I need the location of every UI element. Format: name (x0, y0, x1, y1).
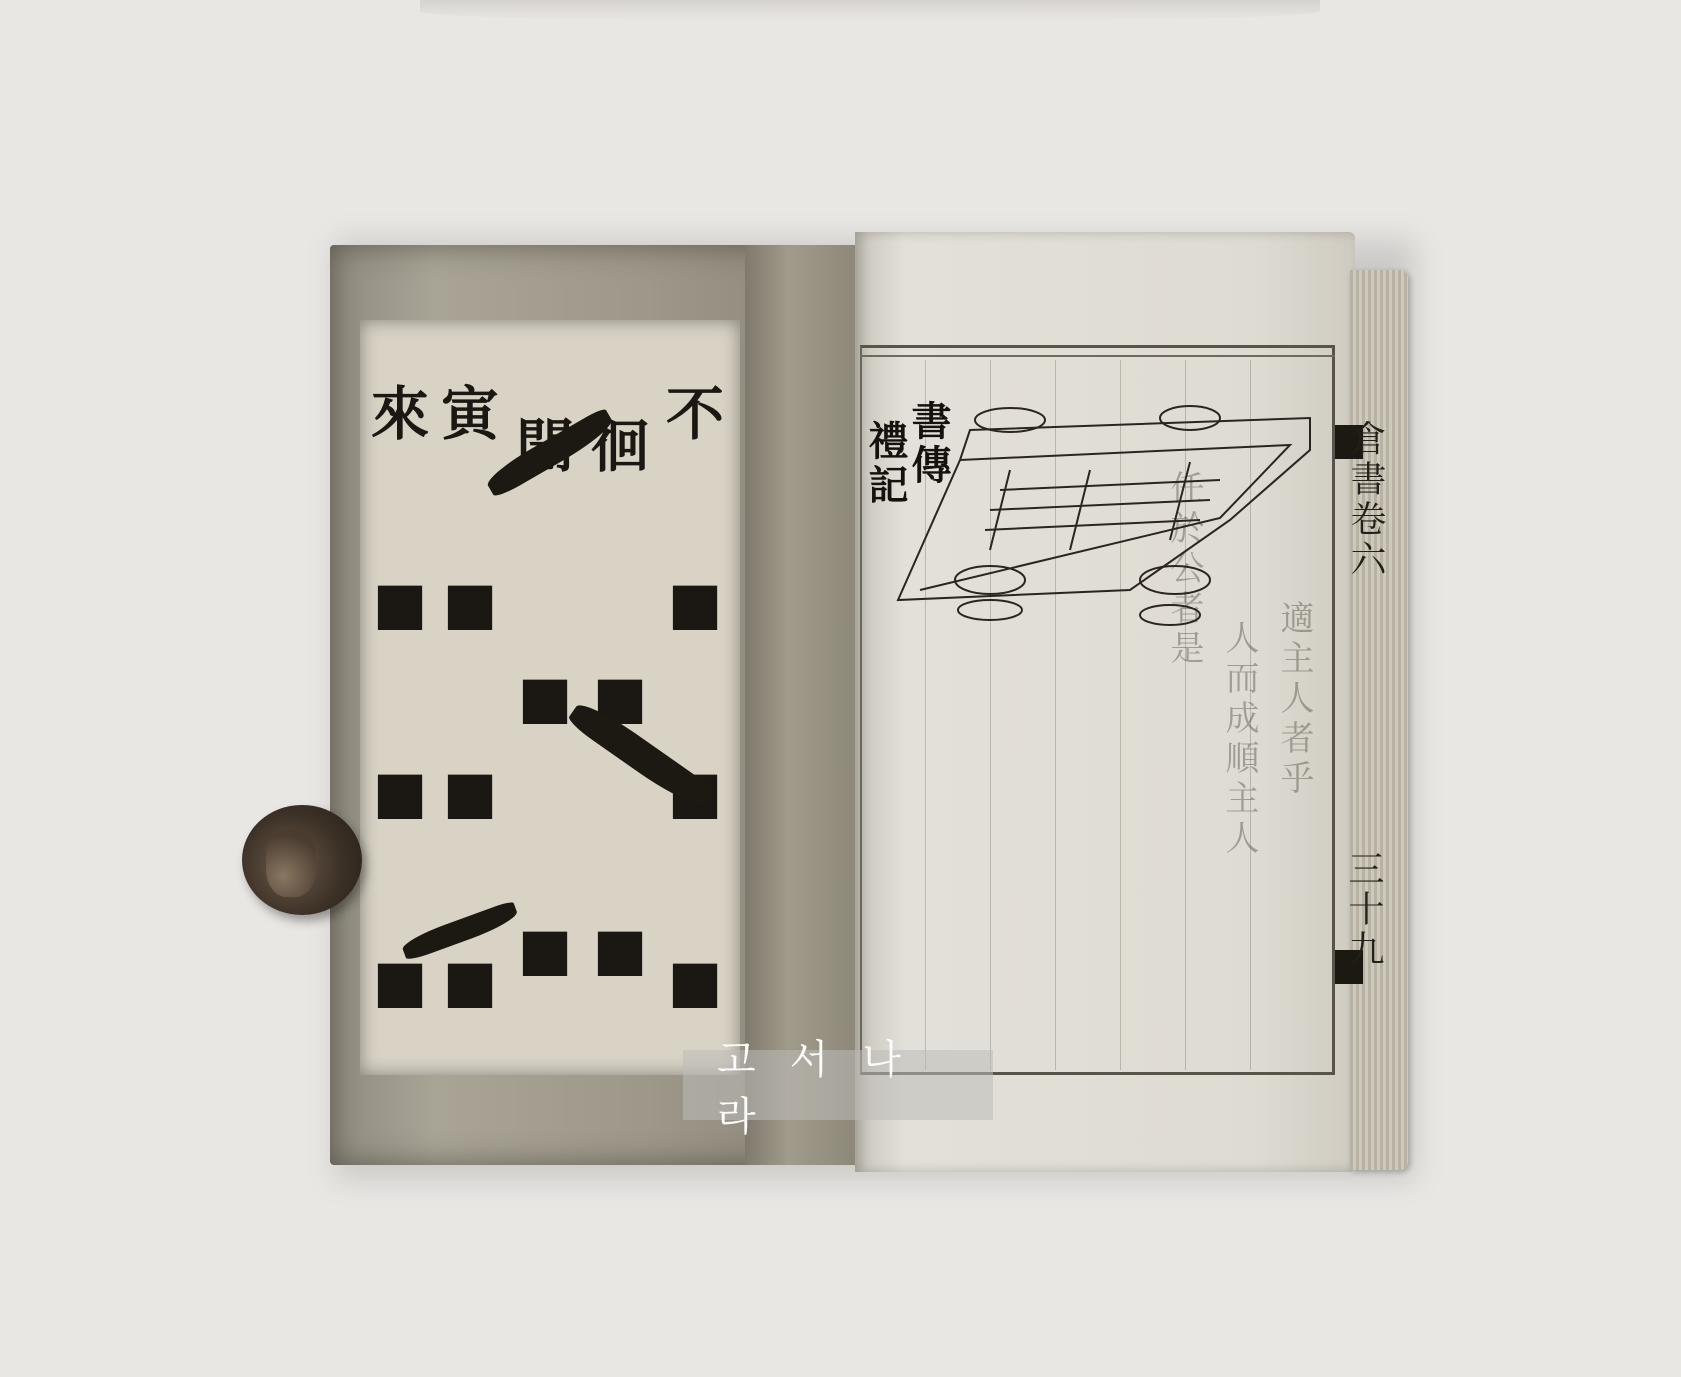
calligraphy-column: 寅■■■ (440, 320, 500, 1075)
background-shadow (420, 0, 1320, 22)
frame-line (860, 355, 1335, 357)
faint-print-column: 人而成順主人 (1215, 620, 1264, 860)
page-fore-edge (1350, 270, 1408, 1170)
watermark: 고서나라 (683, 1050, 993, 1120)
book-weight (242, 805, 362, 915)
fore-edge-title: 倉書卷六 (1340, 420, 1391, 580)
table-sketch (890, 400, 1320, 640)
endpaper-calligraphy: 來■■■ 寅■■■ 開■■ 徊■■ 不■■■ (360, 320, 740, 1075)
fore-edge-page-number: 三十九 (1338, 850, 1389, 970)
weight-knob (266, 827, 316, 897)
calligraphy-column: 來■■■ (370, 320, 430, 1075)
calligraphy-column: 不■■■ (665, 320, 725, 1075)
watermark-text: 고서나라 (683, 1028, 993, 1142)
cover-fold (745, 245, 855, 1165)
